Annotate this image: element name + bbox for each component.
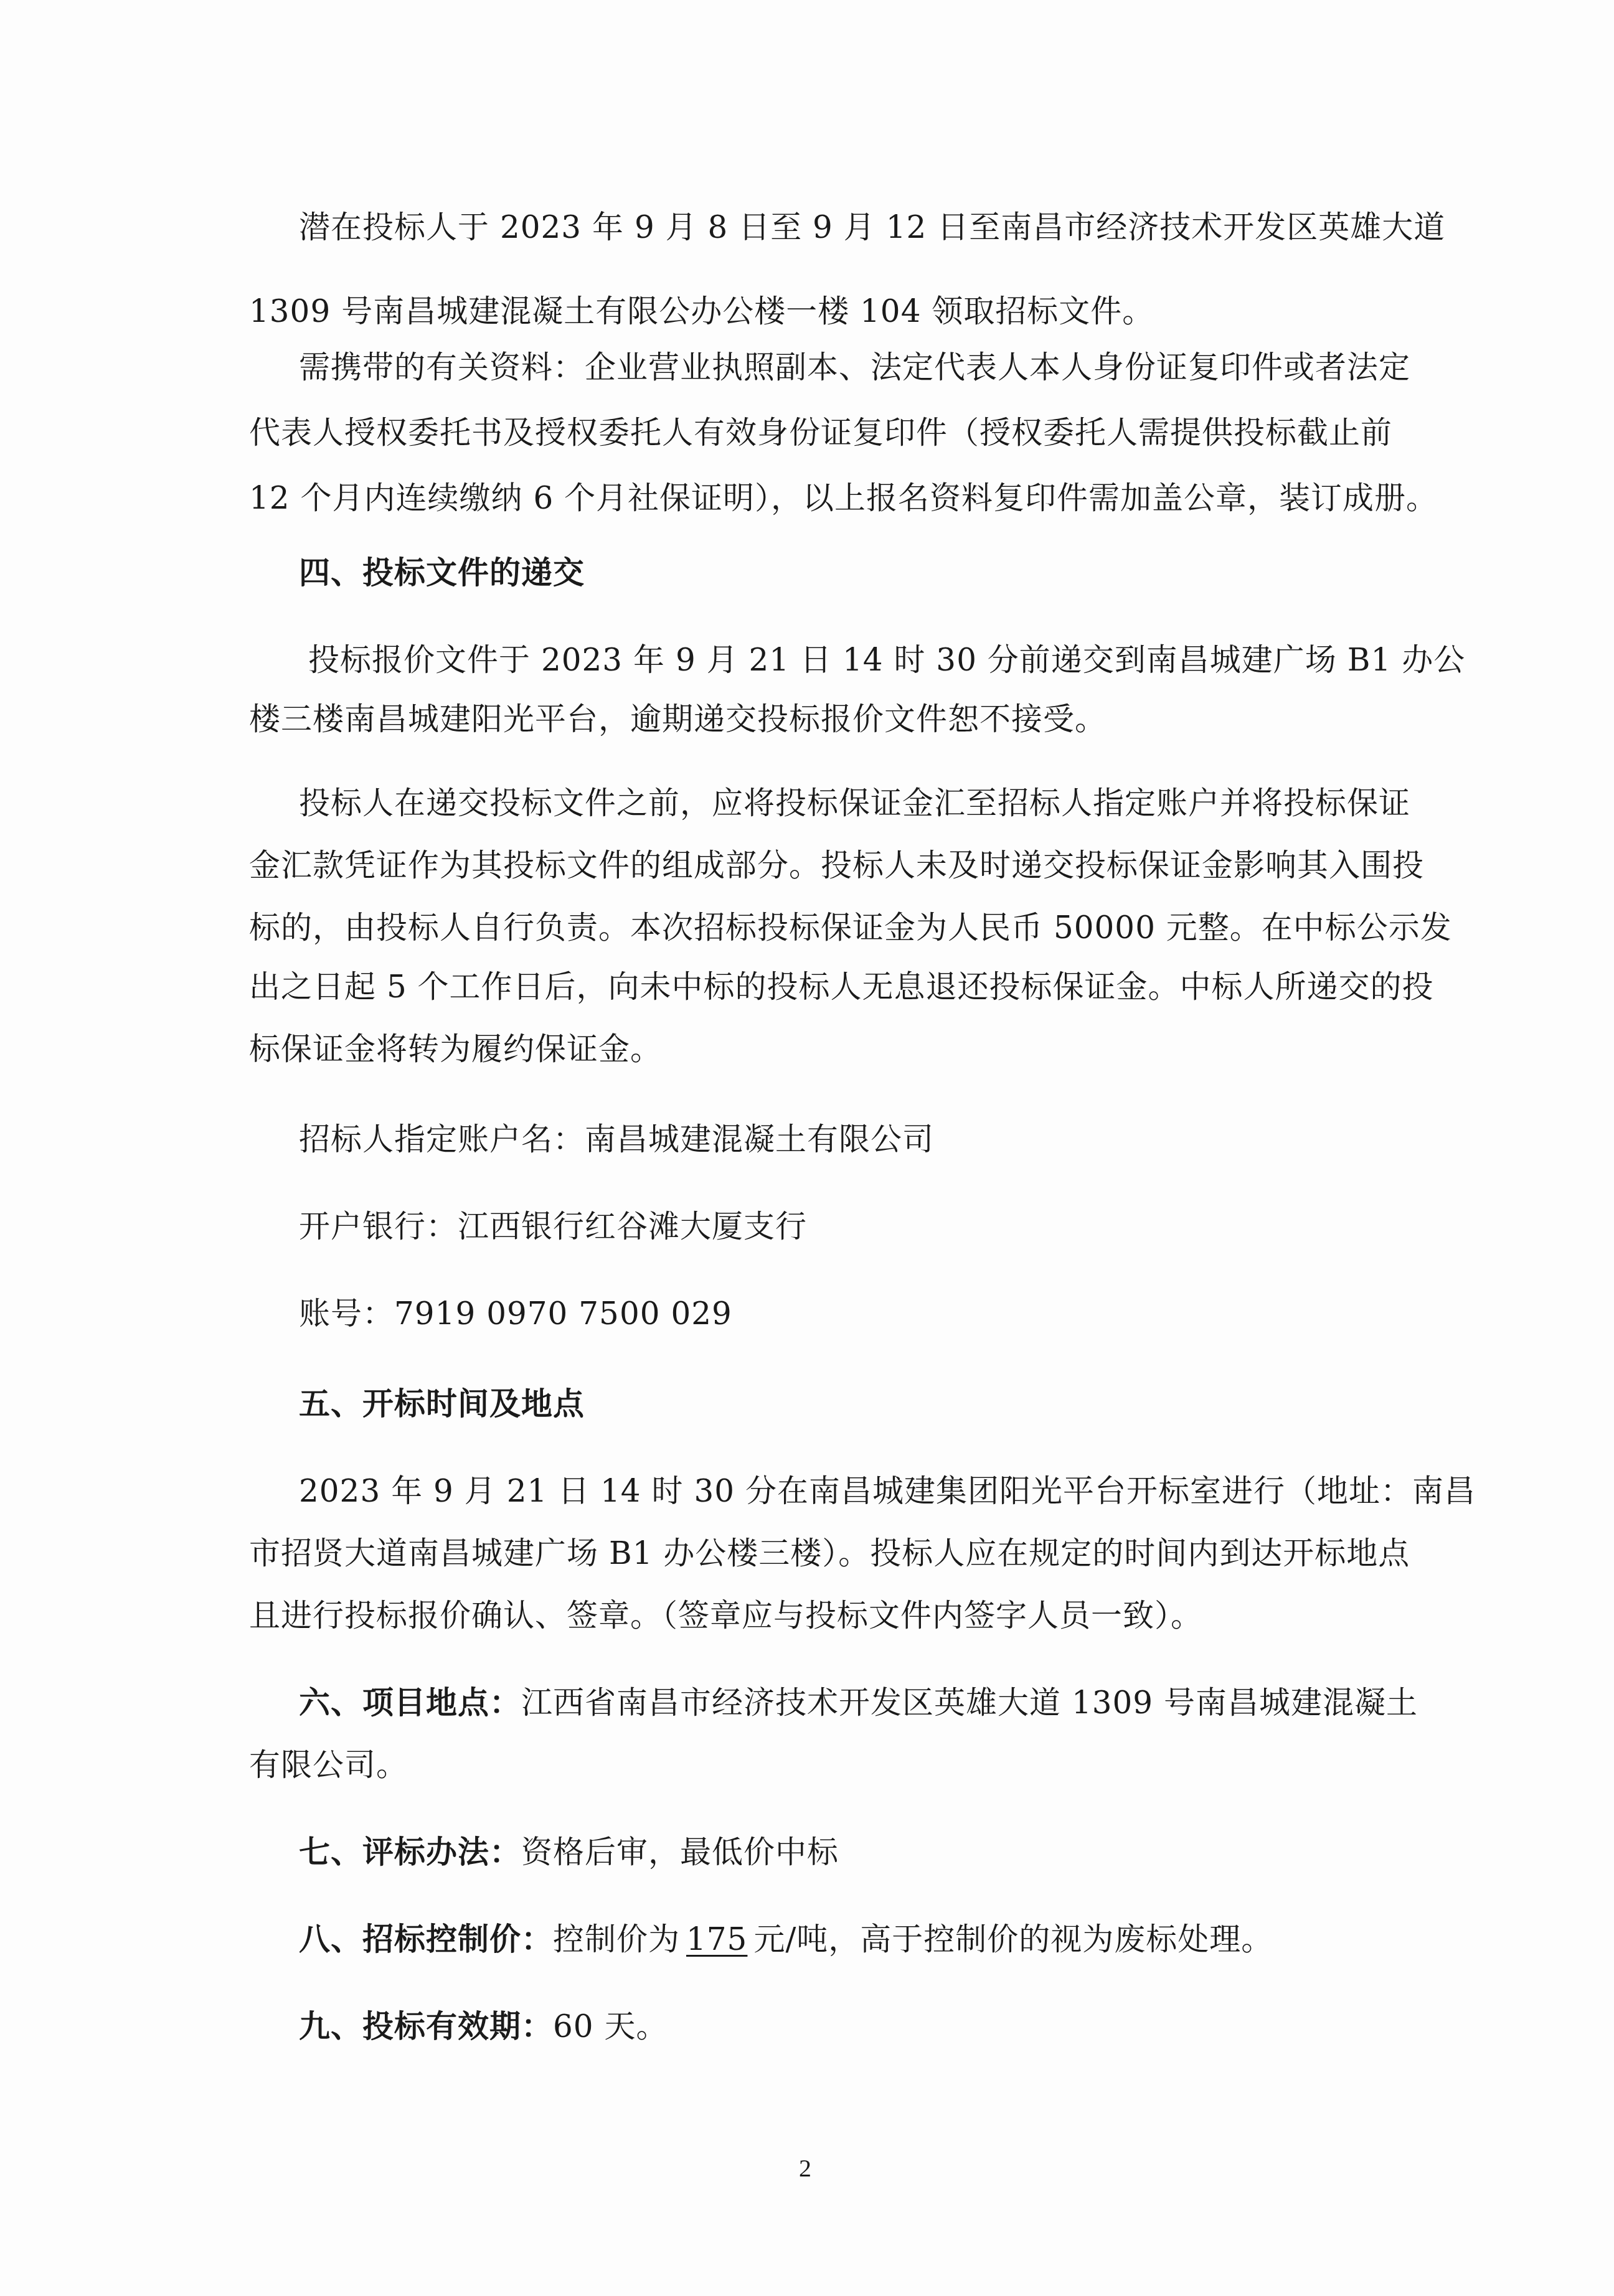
- section-7-label: 七、评标办法：: [299, 1833, 521, 1870]
- project-location-line-2: 有限公司。: [249, 1746, 408, 1784]
- section-5-heading: 五、开标时间及地点: [299, 1385, 585, 1423]
- materials-line-3: 12 个月内连续缴纳 6 个月社保证明），以上报名资料复印件需加盖公章，装订成册…: [249, 479, 1438, 517]
- bid-validity: 九、投标有效期：60 天。: [299, 2008, 668, 2045]
- control-price-prefix: 控制价为: [553, 1921, 680, 1957]
- section-4-heading: 四、投标文件的递交: [299, 554, 585, 591]
- opening-line-1: 2023 年 9 月 21 日 14 时 30 分在南昌城建集团阳光平台开标室进…: [299, 1472, 1476, 1510]
- project-location-text: 江西省南昌市经济技术开发区英雄大道 1309 号南昌城建混凝土: [521, 1685, 1418, 1721]
- section-9-label: 九、投标有效期：: [299, 2008, 553, 2044]
- bid-validity-text: 60 天。: [553, 2008, 668, 2044]
- submission-line-1: 投标报价文件于 2023 年 9 月 21 日 14 时 30 分前递交到南昌城…: [308, 641, 1465, 679]
- control-price: 八、招标控制价：控制价为175元/吨，高于控制价的视为废标处理。: [299, 1921, 1273, 1958]
- registration-line-2: 1309 号南昌城建混凝土有限公办公楼一楼 104 领取招标文件。: [249, 293, 1154, 330]
- deposit-line-4: 出之日起 5 个工作日后，向未中标的投标人无息退还投标保证金。中标人所递交的投: [249, 968, 1434, 1005]
- page-number: 2: [799, 2153, 811, 2184]
- opening-line-2: 市招贤大道南昌城建广场 B1 办公楼三楼）。投标人应在规定的时间内到达开标地点: [249, 1535, 1410, 1572]
- registration-line-1: 潜在投标人于 2023 年 9 月 8 日至 9 月 12 日至南昌市经济技术开…: [299, 209, 1445, 246]
- deposit-line-2: 金汇款凭证作为其投标文件的组成部分。投标人未及时递交投标保证金影响其入围投: [249, 847, 1424, 884]
- deposit-line-3: 标的，由投标人自行负责。本次招标投标保证金为人民币 50000 元整。在中标公示…: [249, 909, 1452, 946]
- document-page: 潜在投标人于 2023 年 9 月 8 日至 9 月 12 日至南昌市经济技术开…: [0, 0, 1614, 2296]
- evaluation-method: 七、评标办法：资格后审，最低价中标: [299, 1833, 839, 1871]
- deposit-line-1: 投标人在递交投标文件之前，应将投标保证金汇至招标人指定账户并将投标保证: [299, 784, 1410, 822]
- opening-line-3: 且进行投标报价确认、签章。（签章应与投标文件内签字人员一致）。: [249, 1597, 1202, 1634]
- evaluation-method-text: 资格后审，最低价中标: [521, 1834, 839, 1870]
- materials-line-2: 代表人授权委托书及授权委托人有效身份证复印件（授权委托人需提供投标截止前: [249, 414, 1392, 451]
- control-price-value: 175: [680, 1921, 753, 1957]
- account-number: 账号：7919 0970 7500 029: [299, 1295, 732, 1332]
- materials-line-1: 需携带的有关资料：企业营业执照副本、法定代表人本人身份证复印件或者法定: [299, 349, 1410, 386]
- project-location-line-1: 六、项目地点：江西省南昌市经济技术开发区英雄大道 1309 号南昌城建混凝土: [299, 1684, 1418, 1721]
- section-8-label: 八、招标控制价：: [299, 1921, 553, 1957]
- deposit-line-5: 标保证金将转为履约保证金。: [249, 1030, 662, 1068]
- submission-line-2: 楼三楼南昌城建阳光平台，逾期递交投标报价文件恕不接受。: [249, 700, 1107, 738]
- account-name: 招标人指定账户名：南昌城建混凝土有限公司: [299, 1121, 934, 1158]
- control-price-suffix: 元/吨，高于控制价的视为废标处理。: [753, 1921, 1273, 1957]
- section-6-label: 六、项目地点：: [299, 1684, 521, 1721]
- bank-name: 开户银行：江西银行红谷滩大厦支行: [299, 1208, 807, 1245]
